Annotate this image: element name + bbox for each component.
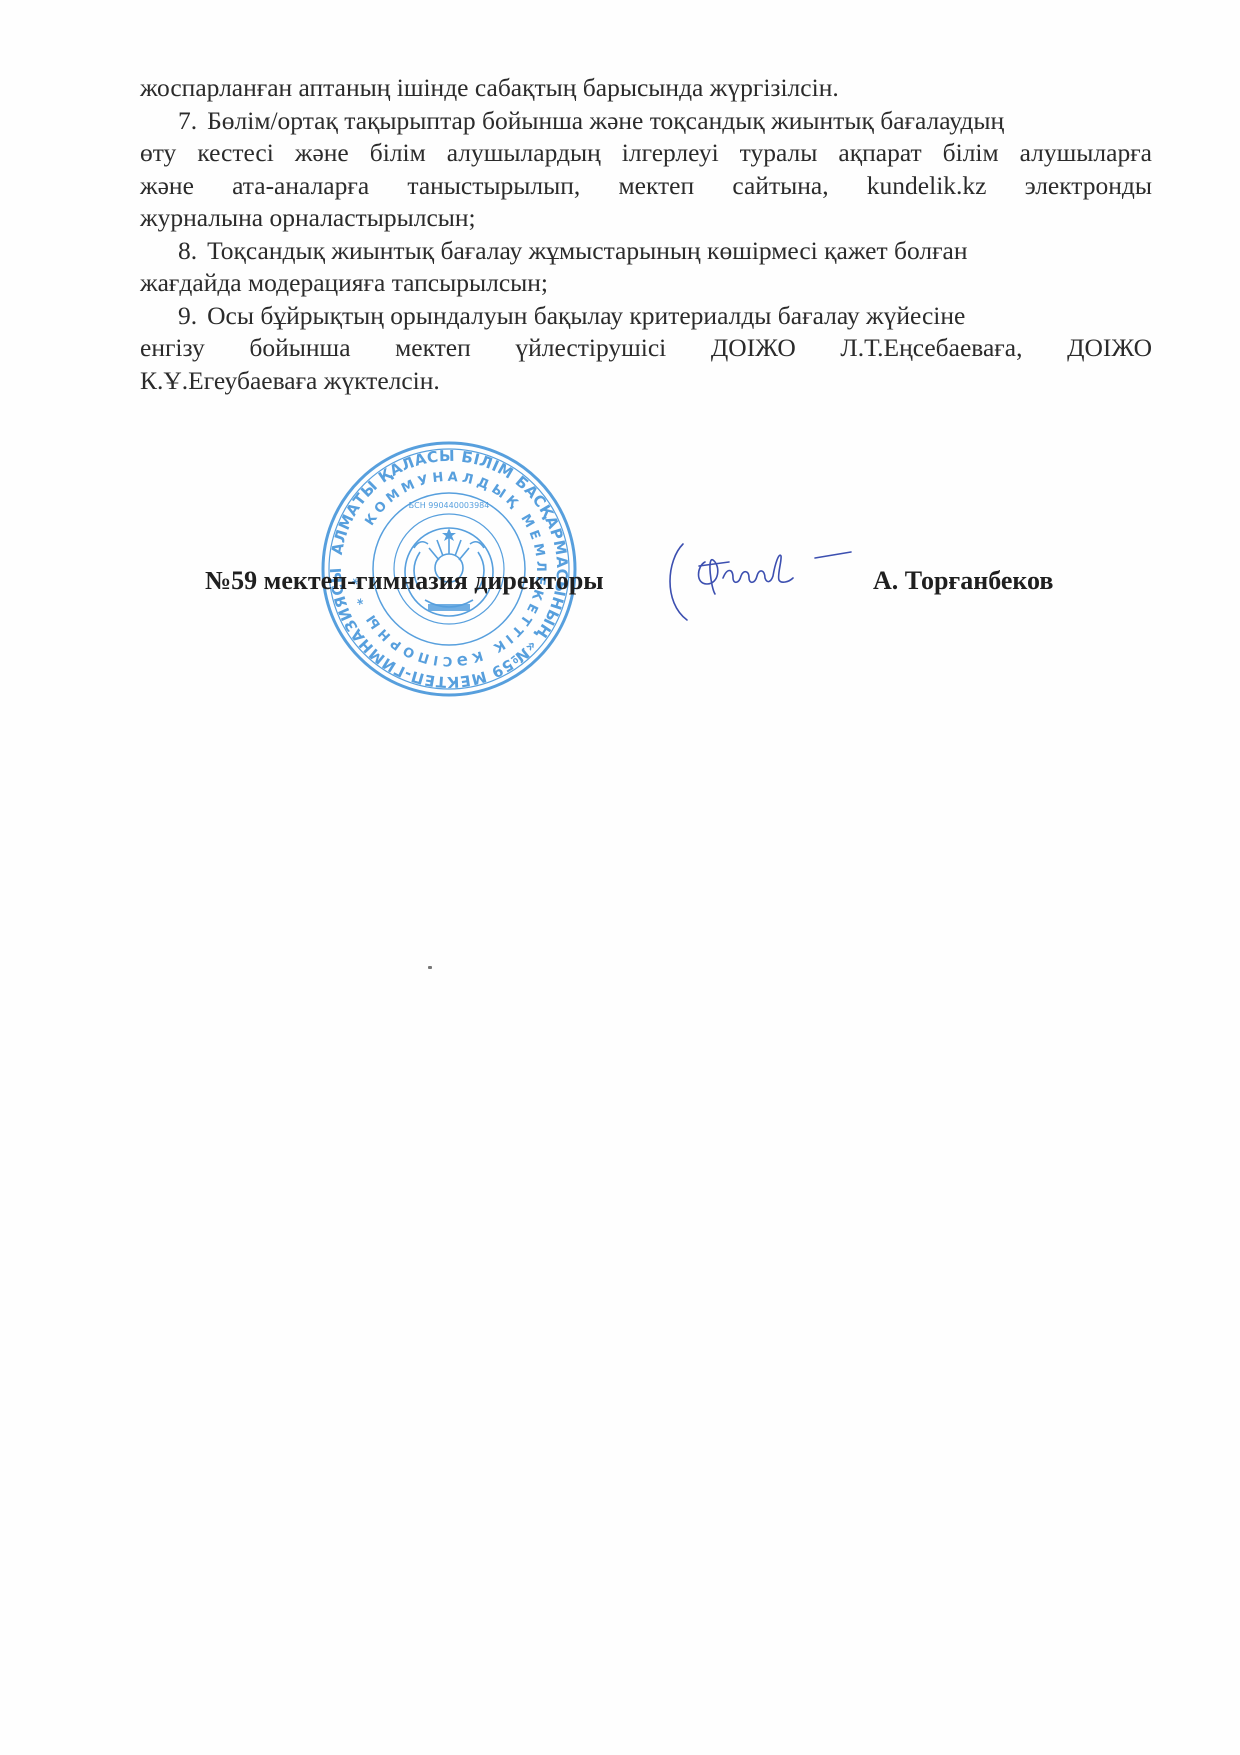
signature-block: №59 мектеп-гимназия директоры А. Торғанб… — [0, 566, 1240, 606]
item-7-line-4: журналына орналастырылсын; — [140, 202, 1152, 235]
item-number: 7. — [178, 105, 197, 138]
item-9-line-2: енгізу бойынша мектеп үйлестірушісі ДОІЖ… — [140, 332, 1152, 365]
signatory-title: №59 мектеп-гимназия директоры — [205, 566, 604, 596]
list-item-7: 7.Бөлім/ортақ тақырыптар бойынша және то… — [140, 105, 1152, 138]
document-page: жоспарланған аптаның ішінде сабақтың бар… — [0, 0, 1240, 1755]
item-7-line-3: және ата-аналарға таныстырылып, мектеп с… — [140, 170, 1152, 203]
item-number: 9. — [178, 300, 197, 333]
continuation-line: жоспарланған аптаның ішінде сабақтың бар… — [140, 72, 1152, 105]
item-8-line-2: жағдайда модерацияға тапсырылсын; — [140, 267, 1152, 300]
document-body: жоспарланған аптаның ішінде сабақтың бар… — [140, 72, 1152, 397]
signatory-name: А. Торғанбеков — [873, 566, 1053, 596]
handwritten-signature-icon — [665, 532, 865, 632]
item-7-line-2: өту кестесі және білім алушылардың ілгер… — [140, 137, 1152, 170]
list-item-9: 9.Осы бұйрықтың орындалуын бақылау крите… — [140, 300, 1152, 333]
item-text: Тоқсандық жиынтық бағалау жұмыстарының к… — [207, 236, 967, 265]
item-9-line-3: К.Ұ.Егеубаеваға жүктелсін. — [140, 365, 1152, 398]
item-text: Бөлім/ортақ тақырыптар бойынша және тоқс… — [207, 106, 1004, 135]
list-item-8: 8.Тоқсандық жиынтық бағалау жұмыстарының… — [140, 235, 1152, 268]
scan-artifact — [428, 966, 432, 969]
svg-text:БСН 990440003984: БСН 990440003984 — [409, 501, 490, 510]
item-number: 8. — [178, 235, 197, 268]
item-text: Осы бұйрықтың орындалуын бақылау критери… — [207, 301, 965, 330]
